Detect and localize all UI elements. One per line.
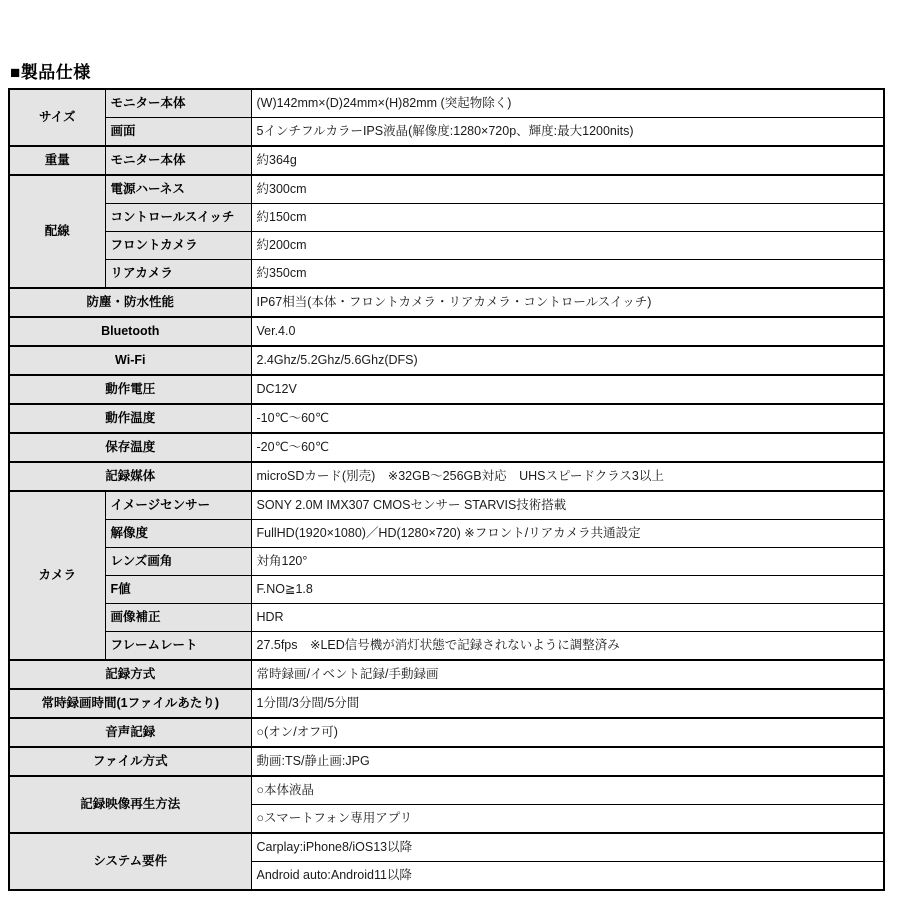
spec-sub-label: 画像補正 [105,604,251,632]
spec-table-row: 画面5インチフルカラーIPS液晶(解像度:1280×720p、輝度:最大1200… [9,118,884,147]
spec-value: HDR [251,604,884,632]
spec-value: 動画:TS/静止画:JPG [251,747,884,776]
spec-group-label: カメラ [9,491,105,660]
spec-group-label: Wi-Fi [9,346,251,375]
spec-value: IP67相当(本体・フロントカメラ・リアカメラ・コントロールスイッチ) [251,288,884,317]
spec-value: 約364g [251,146,884,175]
spec-table-row: 常時録画時間(1ファイルあたり)1分間/3分間/5分間 [9,689,884,718]
spec-value: Android auto:Android11以降 [251,862,884,891]
spec-group-label: 動作温度 [9,404,251,433]
spec-group-label: 動作電圧 [9,375,251,404]
spec-sub-label: イメージセンサー [105,491,251,520]
spec-group-label: 音声記録 [9,718,251,747]
spec-value: 約350cm [251,260,884,289]
spec-table-row: リアカメラ約350cm [9,260,884,289]
spec-sub-label: モニター本体 [105,89,251,118]
spec-group-label: 記録媒体 [9,462,251,491]
spec-table-row: 音声記録○(オン/オフ可) [9,718,884,747]
spec-table-row: F値F.NO≧1.8 [9,576,884,604]
spec-sub-label: レンズ画角 [105,548,251,576]
spec-table-row: 動作温度-10℃〜60℃ [9,404,884,433]
spec-table-row: 記録媒体microSDカード(別売) ※32GB〜256GB対応 UHSスピード… [9,462,884,491]
spec-value: SONY 2.0M IMX307 CMOSセンサー STARVIS技術搭載 [251,491,884,520]
spec-value: FullHD(1920×1080)／HD(1280×720) ※フロント/リアカ… [251,520,884,548]
spec-value: 27.5fps ※LED信号機が消灯状態で記録されないように調整済み [251,632,884,661]
spec-group-label: 防塵・防水性能 [9,288,251,317]
spec-value: 2.4Ghz/5.2Ghz/5.6Ghz(DFS) [251,346,884,375]
spec-table-row: 解像度FullHD(1920×1080)／HD(1280×720) ※フロント/… [9,520,884,548]
spec-value: 常時録画/イベント記録/手動録画 [251,660,884,689]
spec-sub-label: フロントカメラ [105,232,251,260]
spec-value: ○(オン/オフ可) [251,718,884,747]
spec-table-row: Wi-Fi2.4Ghz/5.2Ghz/5.6Ghz(DFS) [9,346,884,375]
spec-value: ○本体液晶 [251,776,884,805]
spec-value: Carplay:iPhone8/iOS13以降 [251,833,884,862]
spec-value: 5インチフルカラーIPS液晶(解像度:1280×720p、輝度:最大1200ni… [251,118,884,147]
spec-table-row: システム要件Carplay:iPhone8/iOS13以降 [9,833,884,862]
spec-value: Ver.4.0 [251,317,884,346]
spec-sub-label: 電源ハーネス [105,175,251,204]
spec-group-label: 記録映像再生方法 [9,776,251,833]
spec-table-row: 記録方式常時録画/イベント記録/手動録画 [9,660,884,689]
spec-table-row: フレームレート27.5fps ※LED信号機が消灯状態で記録されないように調整済… [9,632,884,661]
spec-sub-label: リアカメラ [105,260,251,289]
spec-table-row: 動作電圧DC12V [9,375,884,404]
spec-group-label: 記録方式 [9,660,251,689]
spec-group-label: Bluetooth [9,317,251,346]
spec-value: -20℃〜60℃ [251,433,884,462]
spec-group-label: システム要件 [9,833,251,890]
spec-value: (W)142mm×(D)24mm×(H)82mm (突起物除く) [251,89,884,118]
spec-table-row: 重量モニター本体約364g [9,146,884,175]
spec-sub-label: 解像度 [105,520,251,548]
spec-sub-label: モニター本体 [105,146,251,175]
spec-value: ○スマートフォン専用アプリ [251,805,884,834]
spec-sub-label: F値 [105,576,251,604]
spec-table-row: コントロールスイッチ約150cm [9,204,884,232]
spec-table-row: サイズモニター本体(W)142mm×(D)24mm×(H)82mm (突起物除く… [9,89,884,118]
spec-table-row: カメライメージセンサーSONY 2.0M IMX307 CMOSセンサー STA… [9,491,884,520]
spec-sub-label: 画面 [105,118,251,147]
spec-table-row: フロントカメラ約200cm [9,232,884,260]
spec-group-label: サイズ [9,89,105,146]
spec-table-row: 記録映像再生方法○本体液晶 [9,776,884,805]
spec-table-row: 画像補正HDR [9,604,884,632]
spec-value: 約200cm [251,232,884,260]
spec-table-row: 配線電源ハーネス約300cm [9,175,884,204]
spec-value: 約300cm [251,175,884,204]
spec-table-row: レンズ画角対角120° [9,548,884,576]
spec-value: DC12V [251,375,884,404]
spec-value: 対角120° [251,548,884,576]
spec-table-row: BluetoothVer.4.0 [9,317,884,346]
spec-value: 1分間/3分間/5分間 [251,689,884,718]
product-spec-table: サイズモニター本体(W)142mm×(D)24mm×(H)82mm (突起物除く… [8,88,885,891]
spec-value: microSDカード(別売) ※32GB〜256GB対応 UHSスピードクラス3… [251,462,884,491]
spec-value: F.NO≧1.8 [251,576,884,604]
spec-group-label: 配線 [9,175,105,288]
spec-group-label: 重量 [9,146,105,175]
spec-group-label: ファイル方式 [9,747,251,776]
spec-group-label: 保存温度 [9,433,251,462]
spec-table-row: 防塵・防水性能IP67相当(本体・フロントカメラ・リアカメラ・コントロールスイッ… [9,288,884,317]
spec-group-label: 常時録画時間(1ファイルあたり) [9,689,251,718]
spec-table-row: 保存温度-20℃〜60℃ [9,433,884,462]
spec-table-row: ファイル方式動画:TS/静止画:JPG [9,747,884,776]
spec-value: -10℃〜60℃ [251,404,884,433]
page-title: ■製品仕様 [10,58,91,83]
spec-value: 約150cm [251,204,884,232]
spec-sub-label: フレームレート [105,632,251,661]
spec-sub-label: コントロールスイッチ [105,204,251,232]
